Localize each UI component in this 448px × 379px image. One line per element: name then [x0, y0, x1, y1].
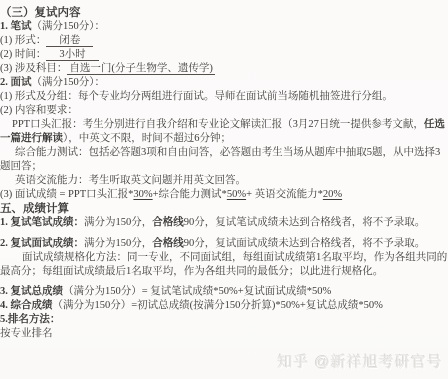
interview-title-number: 2. 面试 — [0, 77, 32, 88]
interview-score-formula: (3) 面试成绩 = PPT口头汇报*30%+综合能力测试*50%+ 英语交流能… — [0, 188, 448, 202]
interview-grouping-line: (1) 形式及分组：每个专业均分两组进行面试。导师在面试前当场随机抽签进行分组。 — [0, 90, 448, 104]
written-form-value: 闭卷 — [46, 35, 93, 47]
formula-text2: +综合能力测试* — [153, 189, 227, 200]
comprehensive-score-title: 4. 综合成绩 — [0, 300, 53, 311]
interview-title: 2. 面试（满分150分）： — [0, 76, 448, 90]
formula-pct2: 50% — [227, 189, 246, 200]
written-subject-label: (3) 涉及科目： — [0, 63, 67, 74]
formula-pct3: 20% — [323, 189, 342, 200]
interview-score-rule: 2. 复试面试成绩：满分为150分，合格线90分，复试面试成绩未达到合格线者，将… — [0, 237, 448, 251]
interview-score-rule-title: 2. 复试面试成绩： — [0, 238, 84, 249]
section-retest-heading: （三）复试内容 — [0, 6, 448, 20]
written-score-rule-text1: 满分为150分， — [84, 217, 152, 228]
interview-score-rule-text2: 90分，复试面试成绩未达到合格线者，将不予录取。 — [184, 238, 426, 249]
section-score-heading: 五、成绩计算 — [0, 202, 448, 216]
interview-ppt-text2: ），中英文不限，时间不超过6分钟； — [63, 133, 231, 144]
written-score-passline-label: 合格线 — [152, 217, 184, 228]
written-subject-line: (3) 涉及科目：自选一门(分子生物学、遗传学) — [0, 62, 448, 76]
written-time-value: 3小时 — [46, 49, 98, 61]
formula-text1: (3) 面试成绩 = PPT口头汇报* — [0, 189, 133, 200]
interview-english-line: 英语交流能力：考生听取英文问题并用英文回答。 — [0, 174, 448, 188]
written-test-title-score: （满分150分）： — [32, 21, 106, 32]
total-score-text: （满分为150分）= 复试笔试成绩*50%+复试面试成绩*50% — [63, 286, 331, 297]
written-form-line: (1) 形式：闭卷 — [0, 34, 448, 48]
written-test-title-number: 1. 笔试 — [0, 21, 32, 32]
ranking-method-value: 按专业排名 — [0, 327, 448, 341]
normalization-paragraph: 面试成绩规格化方法：同一专业，不同面试组，每组面试成绩第1名取平均，作为各组共同… — [0, 251, 448, 279]
written-score-rule-title: 1. 复试笔试成绩： — [0, 217, 84, 228]
written-score-rule: 1. 复试笔试成绩：满分为150分，合格线90分，复试笔试成绩未达到合格线者，将… — [0, 216, 448, 230]
formula-text3: + 英语交流能力* — [246, 189, 323, 200]
document-page: （三）复试内容 1. 笔试（满分150分）： (1) 形式：闭卷 (2) 时间：… — [0, 0, 448, 379]
written-score-rule-text2: 90分，复试笔试成绩未达到合格线者，将不予录取。 — [184, 217, 426, 228]
total-score-formula: 3. 复试总成绩（满分为150分）= 复试笔试成绩*50%+复试面试成绩*50% — [0, 285, 448, 299]
written-test-title: 1. 笔试（满分150分）： — [0, 20, 448, 34]
interview-ppt-text1: PPT口头汇报：考生分别进行自我介绍和专业论文解读汇报（3月27日统一提供参考文… — [12, 119, 424, 130]
interview-score-passline-label: 合格线 — [152, 238, 184, 249]
interview-ppt-paragraph: PPT口头汇报：考生分别进行自我介绍和专业论文解读汇报（3月27日统一提供参考文… — [0, 118, 448, 146]
written-subject-value: 自选一门(分子生物学、遗传学) — [67, 63, 215, 75]
comprehensive-score-formula: 4. 综合成绩（满分为150分）=初试总成绩(按满分150分折算)*50%+复试… — [0, 299, 448, 313]
interview-score-rule-text1: 满分为150分， — [84, 238, 152, 249]
written-time-label: (2) 时间： — [0, 49, 46, 60]
written-form-label: (1) 形式： — [0, 35, 46, 46]
formula-pct1: 30% — [133, 189, 152, 200]
interview-title-score: （满分150分）： — [32, 77, 106, 88]
interview-ability-line: 综合能力测试：包括必答题3项和自由问答，必答题由考生当场从题库中抽取5题，从中选… — [0, 146, 448, 174]
ranking-method-label: 5.排名方法： — [0, 313, 448, 327]
written-time-line: (2) 时间：3小时 — [0, 48, 448, 62]
document-body: （三）复试内容 1. 笔试（满分150分）： (1) 形式：闭卷 (2) 时间：… — [0, 6, 448, 341]
zhihu-watermark: 知乎 @新祥旭考研官号 — [278, 351, 443, 372]
interview-content-label: (2) 内容和要求： — [0, 104, 448, 118]
comprehensive-score-text: （满分为150分）=初试总成绩(按满分150分折算)*50%+复试总成绩*50% — [53, 300, 383, 311]
total-score-title: 3. 复试总成绩 — [0, 286, 63, 297]
